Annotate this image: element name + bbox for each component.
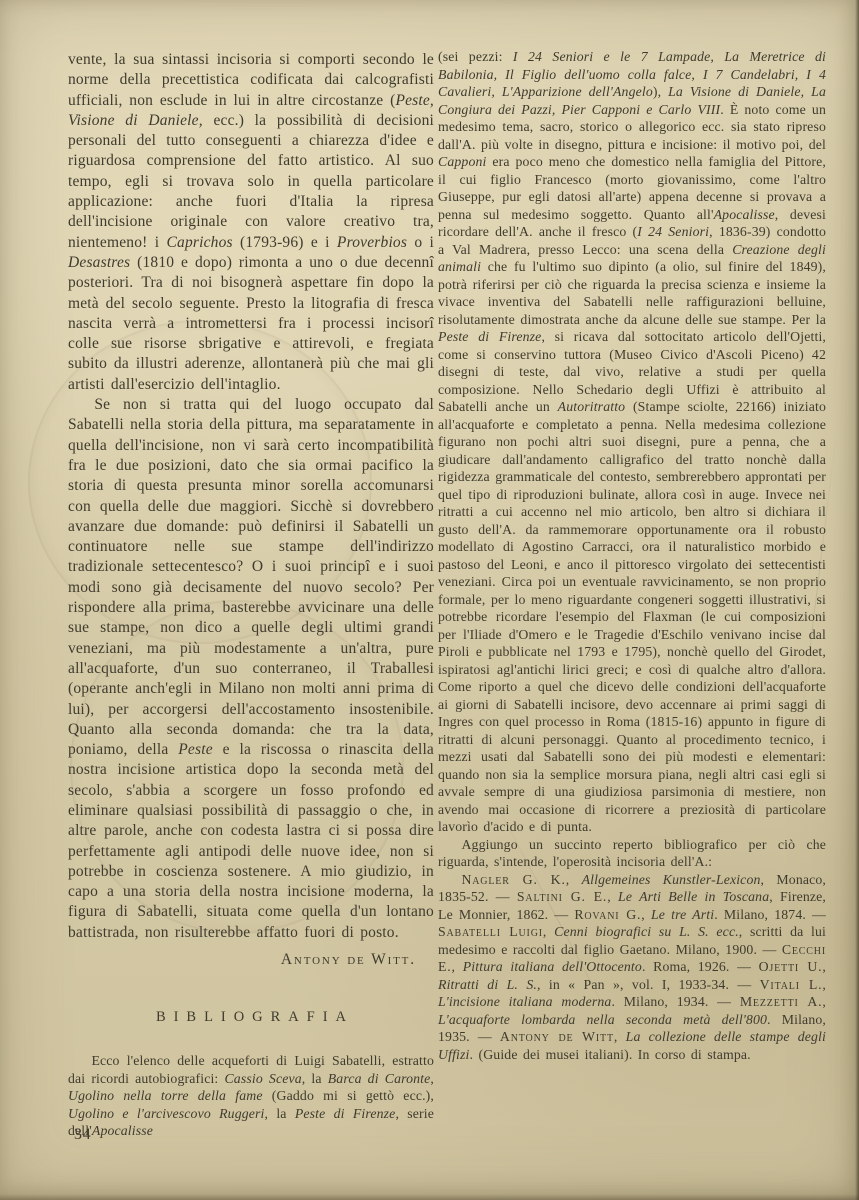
scan-edge-shadow: [0, 1194, 859, 1200]
left-column: vente, la sua sintassi incisoria si comp…: [68, 50, 434, 1140]
scan-edge-shadow: [855, 0, 859, 1200]
bibliography-continuation: (sei pezzi: I 24 Seniori e le 7 Lampade,…: [438, 48, 826, 836]
article-paragraph: vente, la sua sintassi incisoria si comp…: [68, 50, 434, 395]
bibliography-references: Nagler G. K., Allgemeines Kunstler-Lexic…: [438, 871, 826, 1064]
bibliography-addendum: Aggiungo un succinto reperto bibliografi…: [438, 836, 826, 871]
bibliography-heading: BIBLIOGRAFIA: [68, 1009, 434, 1026]
book-page: vente, la sua sintassi incisoria si comp…: [0, 0, 859, 1200]
page-number: 34: [74, 1126, 91, 1144]
author-signature: Antony de Witt.: [68, 951, 434, 969]
article-paragraph: Se non si tratta qui del luogo occupato …: [68, 395, 434, 943]
right-column: (sei pezzi: I 24 Seniori e le 7 Lampade,…: [438, 48, 826, 1063]
bibliography-intro: Ecco l'elenco delle acqueforti di Luigi …: [68, 1052, 434, 1140]
